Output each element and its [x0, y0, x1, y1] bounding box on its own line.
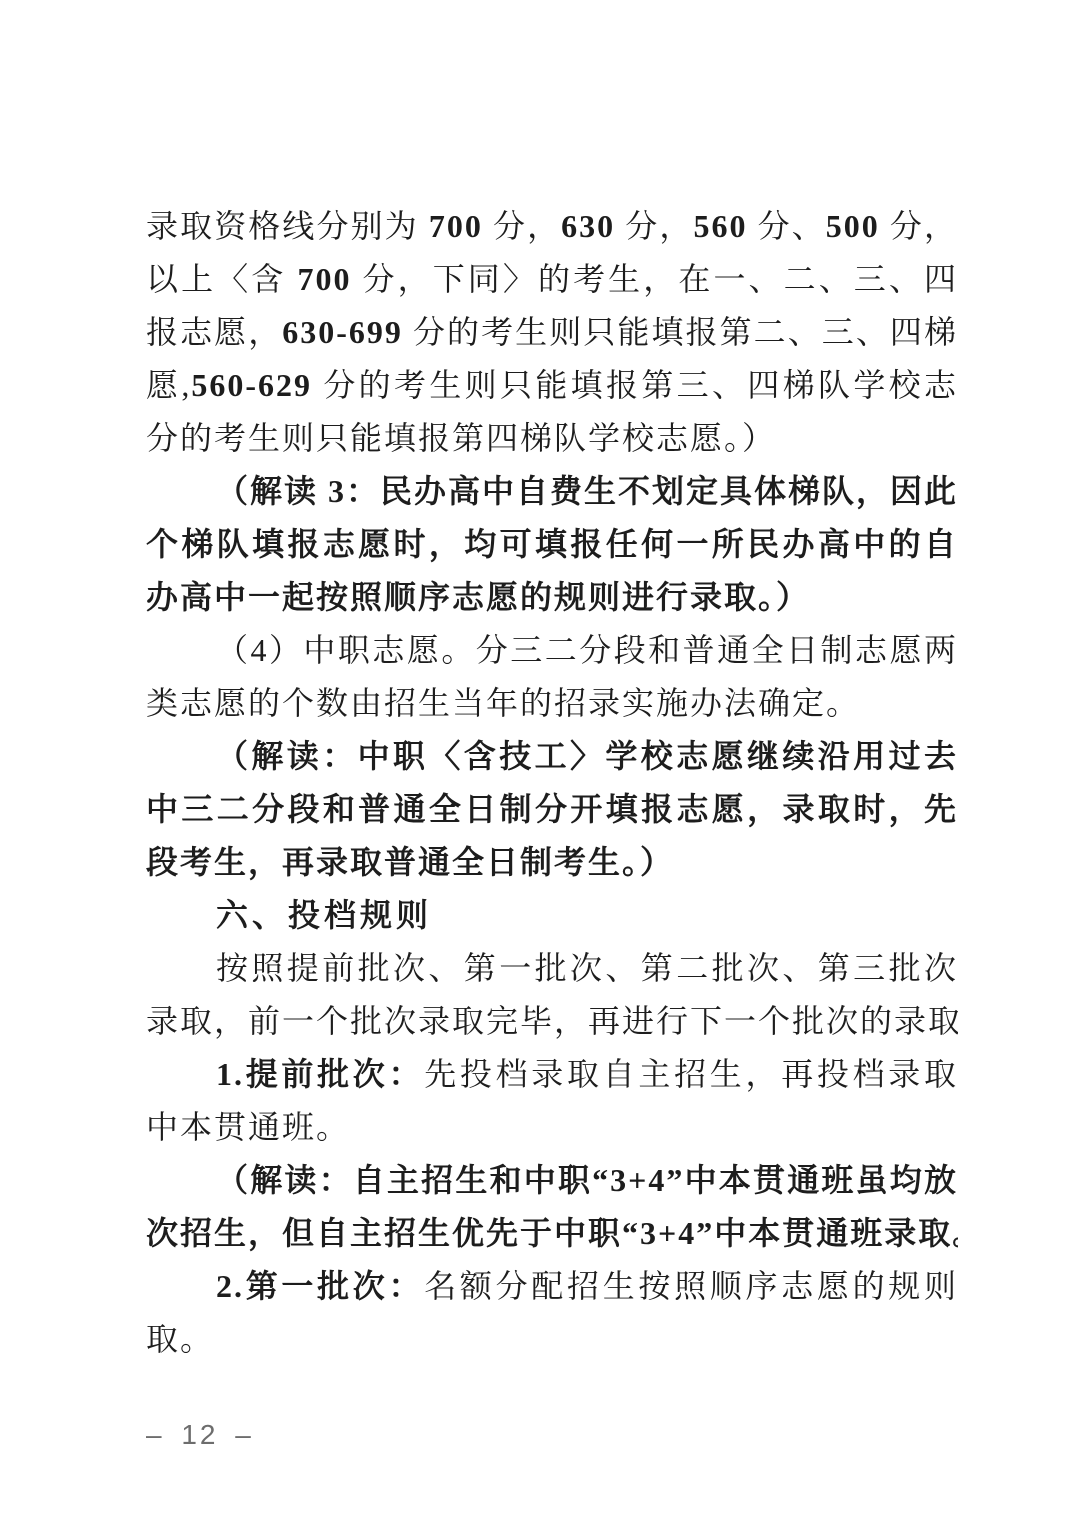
- text-segment: 类志愿的个数由招生当年的招录实施办法确定。: [146, 685, 860, 721]
- text-segment: 1.提前批次：: [216, 1056, 424, 1092]
- text-segment: 630: [561, 208, 615, 244]
- text-segment: （解读：中职〈含技工〉学校志愿继续沿用过去的模式，其: [146, 738, 958, 783]
- text-line: （解读：中职〈含技工〉学校志愿继续沿用过去的模式，其: [146, 730, 958, 783]
- page-number: – 12 –: [146, 1419, 254, 1451]
- text-line: 录取，前一个批次录取完毕，再进行下一个批次的录取。: [146, 995, 958, 1048]
- text-line: 办高中一起按照顺序志愿的规则进行录取。）: [146, 571, 958, 624]
- text-segment: 分，: [483, 208, 561, 244]
- text-segment: 办高中一起按照顺序志愿的规则进行录取。）: [146, 579, 810, 615]
- text-segment: 取。: [146, 1321, 214, 1357]
- text-line: 按照提前批次、第一批次、第二批次、第三批次的顺序投档: [146, 942, 958, 995]
- text-segment: 700: [297, 261, 351, 297]
- text-line: 愿,560-629 分的考生则只能填报第三、四梯队学校志愿,500-559: [146, 359, 958, 412]
- text-segment: 630-699: [282, 314, 403, 350]
- text-segment: 六、投档规则: [216, 897, 432, 933]
- text-line: 录取资格线分别为 700 分，630 分，560 分、500 分，则 700 分: [146, 200, 958, 253]
- text-segment: 分，: [615, 208, 693, 244]
- text-line: 1.提前批次：先投档录取自主招生，再投档录取中职“3+4”: [146, 1048, 958, 1101]
- text-line: 2.第一批次：名额分配招生按照顺序志愿的规则进行投档录: [146, 1260, 958, 1313]
- text-segment: 分的考生则只能填报第四梯队学校志愿。）: [146, 420, 776, 456]
- text-line: 取。: [146, 1313, 958, 1366]
- text-line: 报志愿，630-699 分的考生则只能填报第二、三、四梯队学校志: [146, 306, 958, 359]
- text-line: （解读 3：民办高中自费生不划定具体梯队，因此考生在每: [146, 465, 958, 518]
- text-segment: 段考生，再录取普通全日制考生。）: [146, 844, 674, 880]
- text-line: 中三二分段和普通全日制分开填报志愿，录取时，先录取三二分: [146, 783, 958, 836]
- text-segment: 录取，前一个批次录取完毕，再进行下一个批次的录取。: [146, 1003, 958, 1039]
- text-segment: 700: [429, 208, 483, 244]
- text-segment: 500: [826, 208, 880, 244]
- text-line: （解读：自主招生和中职“3+4”中本贯通班虽均放在提前批: [146, 1154, 958, 1207]
- text-segment: 录取资格线分别为: [146, 208, 429, 244]
- document-content: 录取资格线分别为 700 分，630 分，560 分、500 分，则 700 分…: [146, 200, 958, 1366]
- text-line: 次招生，但自主招生优先于中职“3+4”中本贯通班录取。）: [146, 1207, 958, 1260]
- text-segment: 个梯队填报志愿时，均可填报任何一所民办高中的自费生，与公: [146, 526, 958, 571]
- text-line: 段考生，再录取普通全日制考生。）: [146, 836, 958, 889]
- text-segment: 560-629: [191, 367, 312, 403]
- text-line: （4）中职志愿。分三二分段和普通全日制志愿两类，每一: [146, 624, 958, 677]
- text-segment: 中三二分段和普通全日制分开填报志愿，录取时，先录取三二分: [146, 791, 958, 836]
- text-segment: （解读：自主招生和中职“3+4”中本贯通班虽均放在提前批: [146, 1162, 958, 1207]
- text-line: 分的考生则只能填报第四梯队学校志愿。）: [146, 412, 958, 465]
- text-segment: 次招生，但自主招生优先于中职“3+4”中本贯通班录取。）: [146, 1215, 958, 1251]
- text-line: 中本贯通班。: [146, 1101, 958, 1154]
- text-segment: （解读 3：民办高中自费生不划定具体梯队，因此考生在每: [146, 473, 958, 518]
- text-segment: （4）中职志愿。分三二分段和普通全日制志愿两类，每一: [146, 632, 958, 677]
- text-segment: 按照提前批次、第一批次、第二批次、第三批次的顺序投档: [146, 950, 958, 995]
- text-segment: 分、: [747, 208, 825, 244]
- document-page: 录取资格线分别为 700 分，630 分，560 分、500 分，则 700 分…: [0, 0, 1080, 1527]
- section-heading: 六、投档规则: [146, 889, 958, 942]
- text-segment: 560: [693, 208, 747, 244]
- text-segment: 愿,: [146, 367, 191, 403]
- text-line: 以上〈含 700 分，下同〉的考生，在一、二、三、四梯队均可填: [146, 253, 958, 306]
- text-segment: 以上〈含: [146, 261, 297, 297]
- text-line: 个梯队填报志愿时，均可填报任何一所民办高中的自费生，与公: [146, 518, 958, 571]
- text-segment: 报志愿，: [146, 314, 282, 350]
- text-segment: 2.第一批次：: [216, 1268, 424, 1304]
- text-line: 类志愿的个数由招生当年的招录实施办法确定。: [146, 677, 958, 730]
- text-segment: 中本贯通班。: [146, 1109, 350, 1145]
